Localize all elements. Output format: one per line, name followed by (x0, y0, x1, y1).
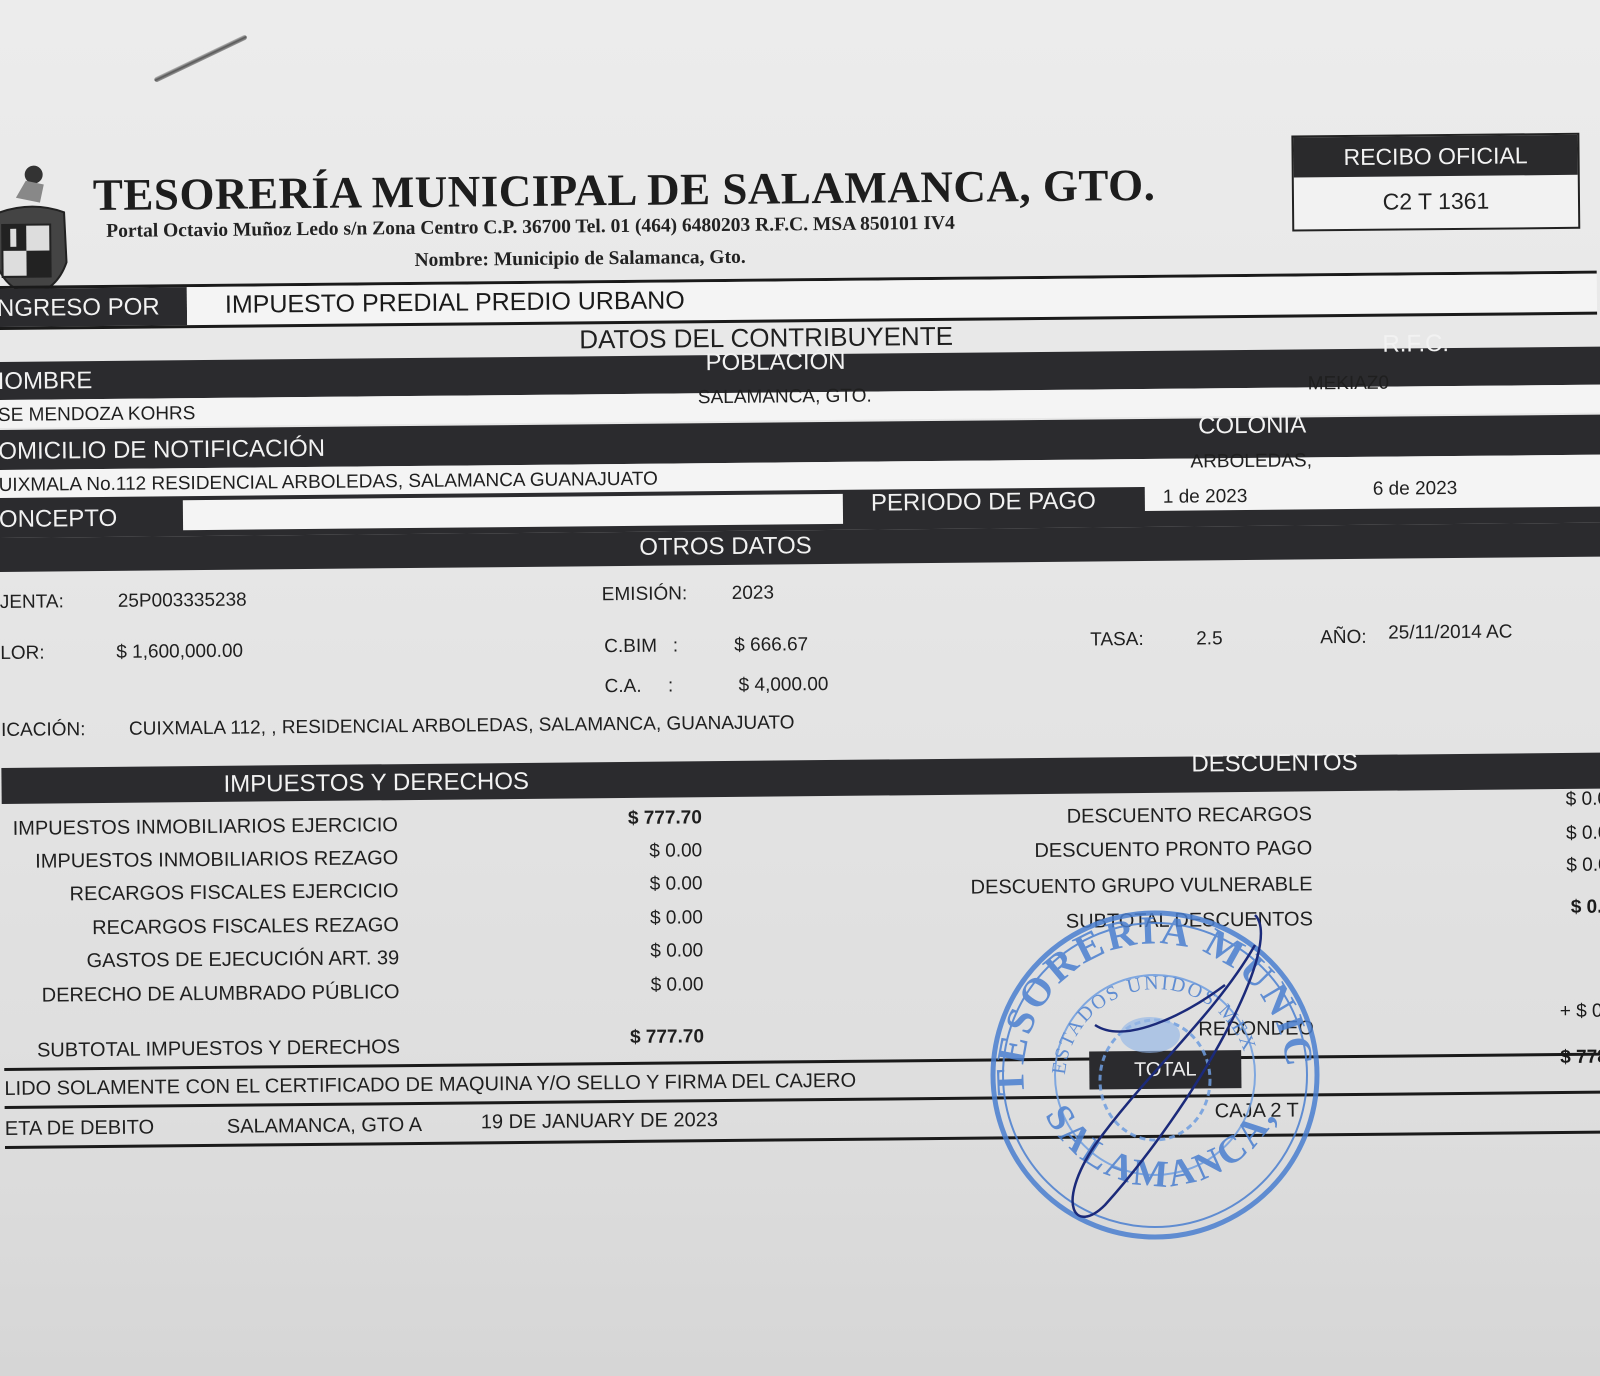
impuestos-title: IMPUESTOS Y DERECHOS (223, 768, 529, 799)
cbim-value: $ 666.67 (734, 634, 808, 657)
tasa-label: TASA: (1090, 629, 1144, 652)
descuento-row-label: DESCUENTO GRUPO VULNERABLE (902, 873, 1312, 900)
anio-label: AÑO: (1320, 627, 1367, 649)
receipt-label: RECIBO OFICIAL (1293, 135, 1577, 178)
ubicacion-label: ICACIÓN: (1, 719, 86, 742)
impuesto-row-label: RECARGOS FISCALES REZAGO (0, 914, 399, 941)
ca-value: $ 4,000.00 (739, 674, 829, 697)
payment-place: SALAMANCA, GTO A (227, 1114, 422, 1139)
receipt-number: C2 T 1361 (1294, 175, 1578, 228)
periodo-hasta: 6 de 2023 (1373, 478, 1458, 501)
otros-datos-title: OTROS DATOS (639, 532, 812, 562)
validity-note: LIDO SOLAMENTE CON EL CERTIFICADO DE MAQ… (4, 1070, 856, 1101)
periodo-field: 1 de 2023 6 de 2023 (1145, 474, 1600, 511)
pen-object (153, 34, 247, 83)
impuesto-row-amount: $ 777.70 (582, 807, 702, 830)
svg-text:TESORERIA MUNICIPAL: TESORERIA MUNICIPAL (985, 905, 1323, 1097)
receipt-document: TESORERÍA MUNICIPAL DE SALAMANCA, GTO. P… (0, 0, 1600, 1376)
nombre-value: SE MENDOZA KOHRS (0, 403, 196, 427)
cuenta-value: 25P003335238 (118, 590, 247, 613)
descuento-row-amount: $ 0.0 (1566, 823, 1600, 845)
official-receipt-box: RECIBO OFICIAL C2 T 1361 (1291, 133, 1580, 232)
periodo-label: PERIODO DE PAGO (871, 487, 1096, 517)
descuento-row-amount: $ 0.0 (1566, 789, 1600, 811)
concepto-label: ONCEPTO (0, 505, 117, 534)
rfc-header: R.F.C. (1382, 330, 1449, 359)
valor-label: LOR: (0, 643, 45, 665)
total-amount: $ 778 (1560, 1047, 1600, 1069)
treasury-title: TESORERÍA MUNICIPAL DE SALAMANCA, GTO. (93, 159, 1156, 221)
impuesto-row-label: RECARGOS FISCALES EJERCICIO (0, 880, 399, 907)
impuesto-row-amount: $ 0.00 (583, 974, 703, 997)
impuesto-row-label: DERECHO DE ALUMBRADO PÚBLICO (0, 981, 400, 1008)
emision-label: EMISIÓN: (602, 583, 688, 606)
domicilio-header: OMICILIO DE NOTIFICACIÓN (0, 435, 325, 466)
concepto-field (183, 494, 843, 530)
valor-value: $ 1,600,000.00 (116, 641, 243, 664)
colonia-value: ARBOLEDAS, (1190, 450, 1312, 473)
impuesto-row-label: IMPUESTOS INMOBILIARIOS EJERCICIO (0, 814, 398, 841)
impuesto-row-amount: $ 0.00 (583, 940, 703, 963)
emision-value: 2023 (732, 583, 774, 605)
poblacion-header: POBLACIÓN (705, 348, 845, 377)
ca-label: C.A. : (605, 676, 674, 699)
anio-value: 25/11/2014 AC (1388, 621, 1513, 644)
descuento-row-label: DESCUENTO PRONTO PAGO (902, 837, 1312, 864)
descuentos-title: DESCUENTOS (1191, 749, 1358, 779)
cuenta-label: JENTA: (0, 591, 64, 614)
payment-method: ETA DE DEBITO (5, 1117, 155, 1141)
rfc-value: MEKIAZ0 (1308, 373, 1390, 396)
tasa-value: 2.5 (1196, 628, 1223, 650)
descuentos-subtotal-amount: $ 0. (1571, 897, 1600, 919)
impuestos-descuentos-bar: IMPUESTOS Y DERECHOS DESCUENTOS (1, 752, 1600, 804)
coat-of-arms-icon (0, 162, 69, 298)
ingreso-label: NGRESO POR (0, 293, 160, 323)
poblacion-value: SALAMANCA, GTO. (698, 386, 872, 410)
impuesto-row-amount: $ 0.00 (582, 840, 702, 863)
impuestos-subtotal-label: SUBTOTAL IMPUESTOS Y DERECHOS (0, 1036, 400, 1063)
impuesto-row-amount: $ 0.00 (583, 907, 703, 930)
impuesto-row-amount: $ 0.00 (582, 873, 702, 896)
redondeo-amount: + $ 0 (1560, 1001, 1600, 1023)
ingreso-label-bar: NGRESO POR (0, 287, 187, 327)
impuesto-row-label: GASTOS DE EJECUCIÓN ART. 39 (0, 947, 399, 974)
descuento-row-label: DESCUENTO RECARGOS (902, 803, 1312, 830)
treasury-name-line: Nombre: Municipio de Salamanca, Gto. (414, 247, 745, 272)
colonia-header: COLONIA (1198, 411, 1306, 440)
ingreso-value: IMPUESTO PREDIAL PREDIO URBANO (225, 286, 685, 319)
impuestos-subtotal-amount: $ 777.70 (584, 1026, 704, 1049)
impuesto-row-label: IMPUESTOS INMOBILIARIOS REZAGO (0, 847, 398, 874)
cbim-label: C.BIM : (604, 635, 678, 658)
periodo-desde: 1 de 2023 (1163, 486, 1248, 509)
descuento-row-amount: $ 0.0 (1566, 855, 1600, 877)
ubicacion-value: CUIXMALA 112, , RESIDENCIAL ARBOLEDAS, S… (129, 712, 795, 740)
nombre-header: IOMBRE (0, 367, 92, 396)
payment-date: 19 DE JANUARY DE 2023 (481, 1109, 718, 1134)
official-seal-stamp: TESORERIA MUNICIPAL ESTADOS UNIDOS MEXIC… (985, 905, 1325, 1245)
